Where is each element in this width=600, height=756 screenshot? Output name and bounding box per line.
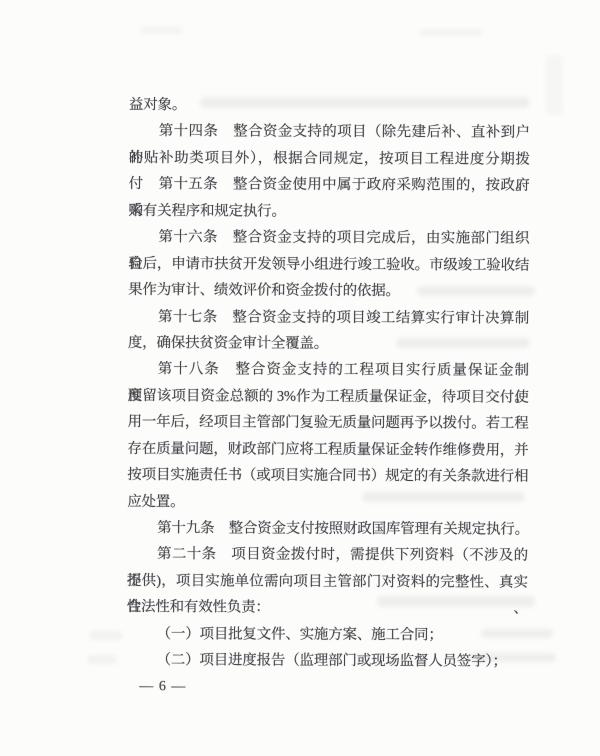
text-line: 益对象。: [129, 92, 530, 120]
text-line: 提供)，项目实施单位需向项目主管部门对资料的完整性、真实性、: [127, 568, 528, 596]
text-line: 第十六条 整合资金支持的项目完成后，由实施部门组织自: [128, 224, 529, 252]
page-number: — 6 —: [126, 674, 527, 702]
text-line: 第十九条 整合资金支付按照财政国库管理有关规定执行。: [127, 515, 528, 543]
text-line: 第十七条 整合资金支持的项目竣工结算实行审计决算制: [128, 303, 529, 331]
text-line: （一）项目批复文件、实施方案、施工合同；: [127, 621, 528, 649]
bleed-through-artifact: [545, 55, 563, 115]
text-line: 果作为审计、绩效评价和资金拨付的依据。: [128, 277, 529, 305]
text-line: （二）项目进度报告（监理部门或现场监督人员签字）；: [126, 647, 527, 675]
text-line: 按项目实施责任书（或项目实施合同书）规定的有关条款进行相: [127, 462, 528, 490]
text-line: 购有关程序和规定执行。: [128, 198, 529, 226]
bleed-through-artifact: [140, 27, 182, 34]
text-line: 第十五条 整合资金使用中属于政府采购范围的，按政府采: [129, 171, 530, 199]
text-line: 用一年后，经项目主管部门复验无质量问题再予以拨付。若工程: [128, 409, 529, 437]
text-line: 第二十条 项目资金拨付时，需提供下列资料（不涉及的不: [127, 541, 528, 569]
text-line: 第十八条 整合资金支持的工程项目实行质量保证金制度。: [128, 356, 529, 384]
text-line: 存在质量问题，财政部门应将工程质量保证金转作维修费用，并: [127, 436, 528, 464]
text-line: 应处置。: [127, 489, 528, 517]
text-line: 度，确保扶贫资金审计全覆盖。: [128, 330, 529, 358]
document-body: 益对象。第十四条 整合资金支持的项目（除先建后补、直补到户的补贴补助类项目外），…: [126, 92, 530, 702]
text-line: 预留该项目资金总额的 3%作为工程质量保证金，待项目交付使: [128, 383, 529, 411]
scanned-document-page: 益对象。第十四条 整合资金支持的项目（除先建后补、直补到户的补贴补助类项目外），…: [0, 0, 600, 756]
bleed-through-artifact: [89, 631, 123, 640]
bleed-through-artifact: [87, 655, 117, 664]
text-line: 补贴补助类项目外），根据合同规定，按项目工程进度分期拨付。: [129, 145, 530, 173]
text-line: 验后，申请市扶贫开发领导小组进行竣工验收。市级竣工验收结: [128, 251, 529, 279]
bleed-through-artifact: [420, 29, 482, 36]
text-lines: 益对象。第十四条 整合资金支持的项目（除先建后补、直补到户的补贴补助类项目外），…: [126, 92, 530, 675]
text-line: 第十四条 整合资金支持的项目（除先建后补、直补到户的: [129, 118, 530, 146]
